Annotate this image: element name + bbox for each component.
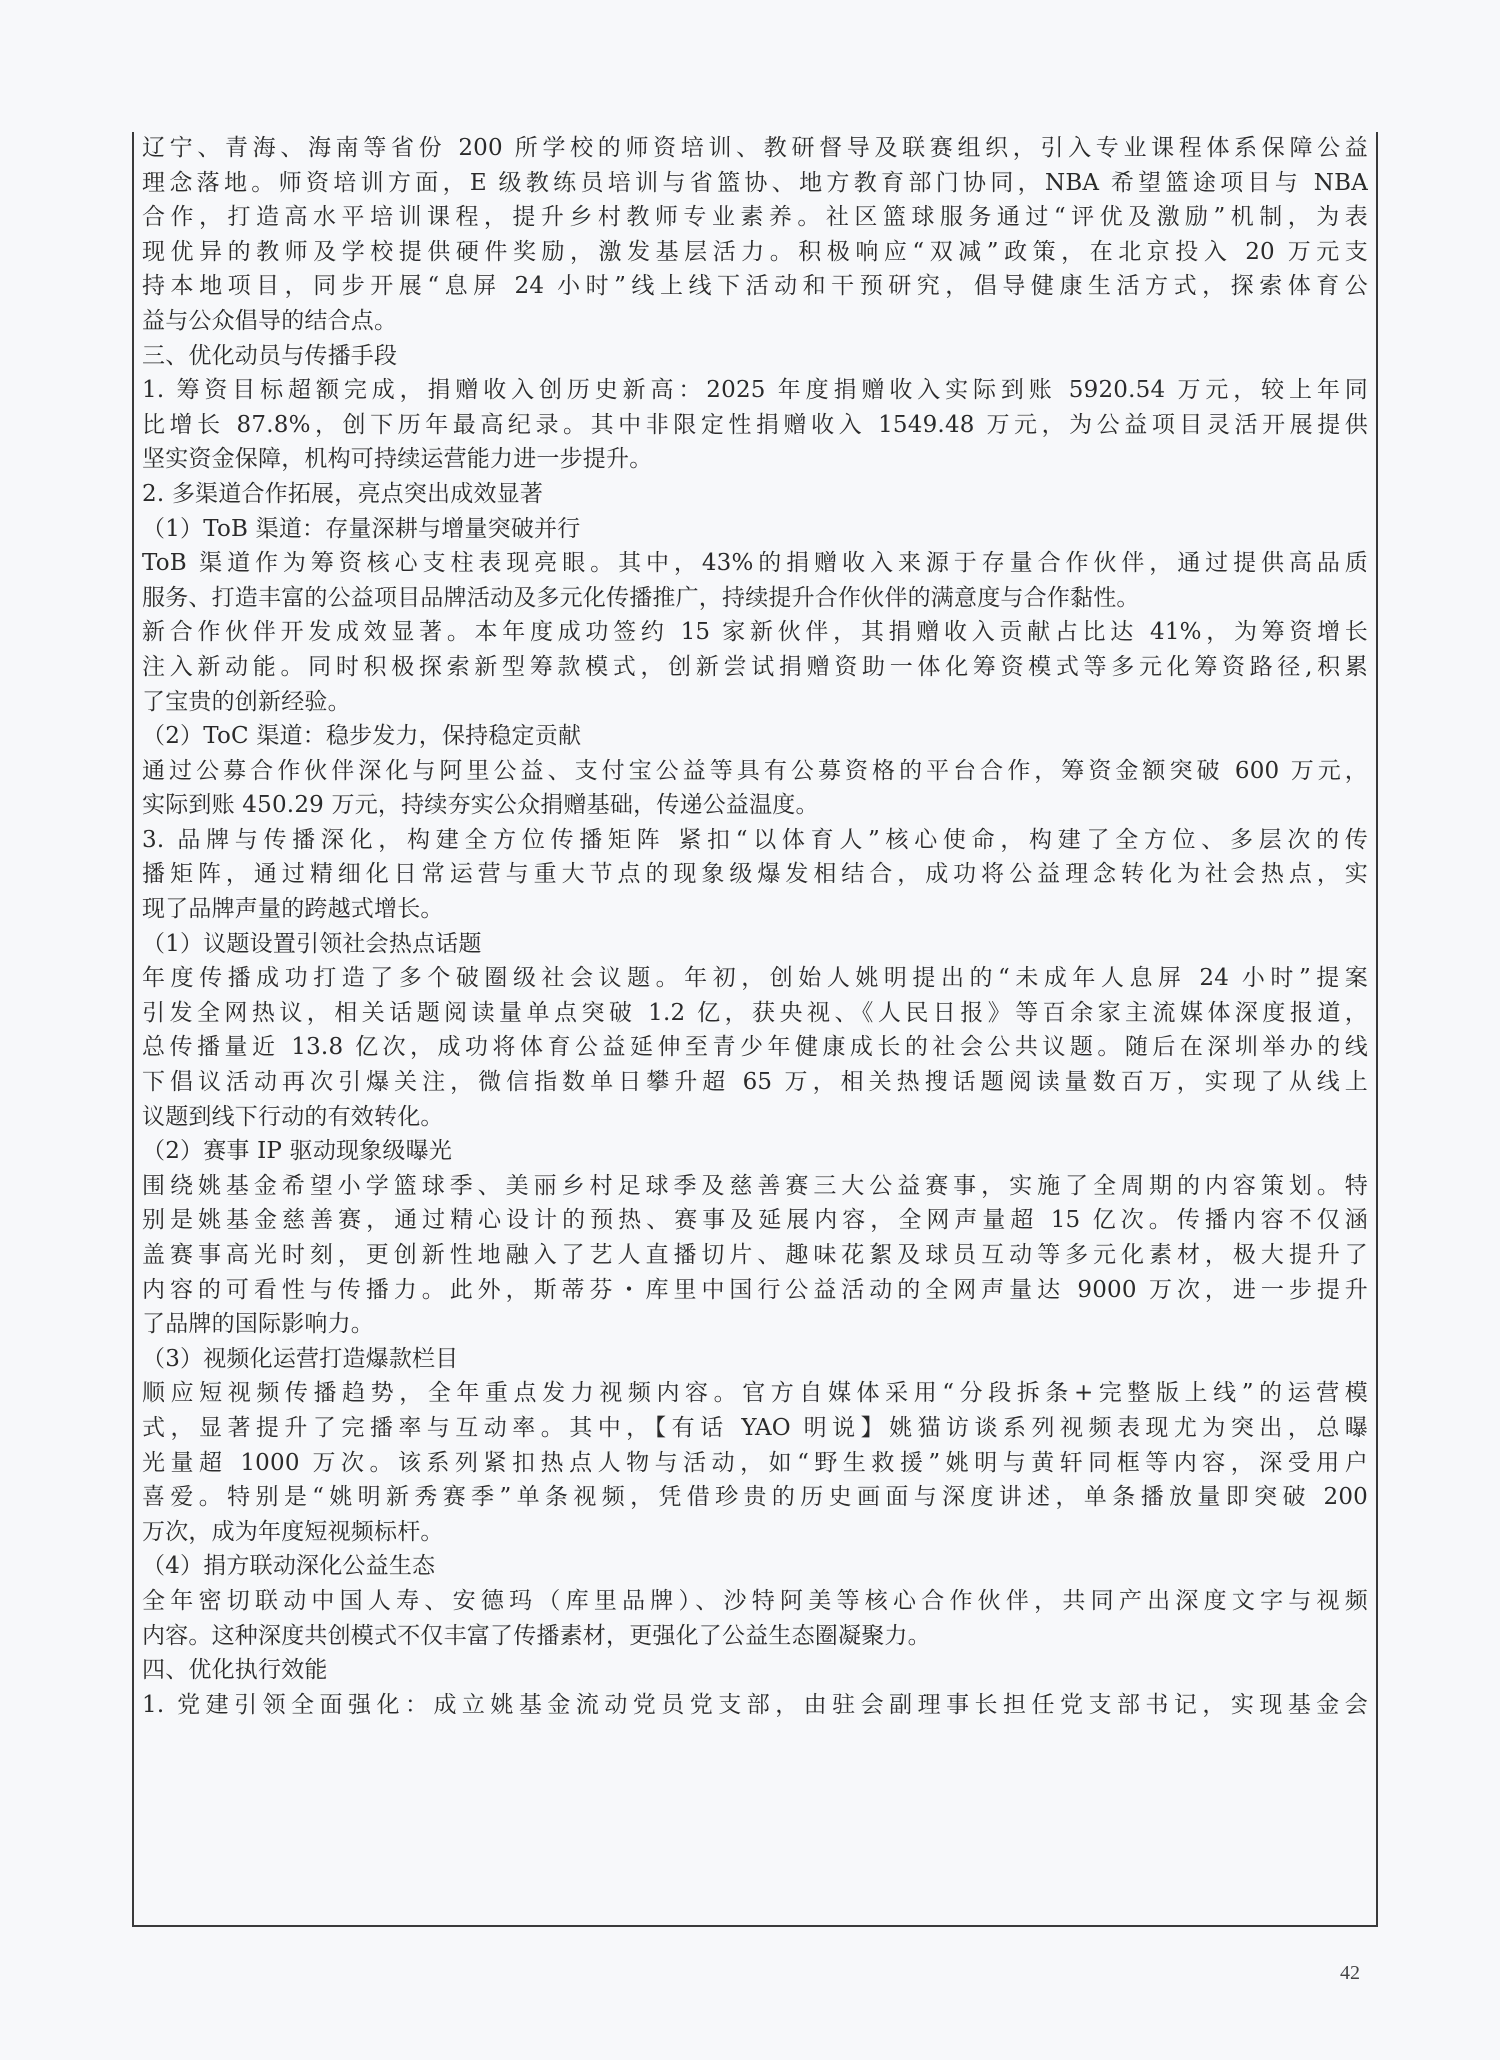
text-line: 了品牌的国际影响力。 (142, 1307, 1368, 1342)
text-line: 内容。这种深度共创模式不仅丰富了传播素材，更强化了公益生态圈凝聚力。 (142, 1619, 1368, 1654)
text-line: （1）议题设置引领社会热点话题 (142, 927, 1368, 962)
text-line: 现了品牌声量的跨越式增长。 (142, 892, 1368, 927)
text-line: 注入新动能。同时积极探索新型筹款模式，创新尝试捐赠资助一体化筹资模式等多元化筹资… (142, 650, 1368, 685)
document-body: 辽宁、青海、海南等省份 200 所学校的师资培训、教研督导及联赛组织，引入专业课… (142, 131, 1368, 1722)
text-line: 别是姚基金慈善赛，通过精心设计的预热、赛事及延展内容，全网声量超 15 亿次。传… (142, 1203, 1368, 1238)
text-line: 总传播量近 13.8 亿次，成功将体育公益延伸至青少年健康成长的社会公共议题。随… (142, 1030, 1368, 1065)
text-line: 坚实资金保障，机构可持续运营能力进一步提升。 (142, 442, 1368, 477)
text-line: 盖赛事高光时刻，更创新性地融入了艺人直播切片、趣味花絮及球员互动等多元化素材，极… (142, 1238, 1368, 1273)
text-line: （3）视频化运营打造爆款栏目 (142, 1342, 1368, 1377)
text-line: 内容的可看性与传播力。此外，斯蒂芬・库里中国行公益活动的全网声量达 9000 万… (142, 1273, 1368, 1308)
text-line: 1. 党建引领全面强化：成立姚基金流动党员党支部，由驻会副理事长担任党支部书记，… (142, 1688, 1368, 1723)
text-line: 持本地项目，同步开展“息屏 24 小时”线上线下活动和干预研究，倡导健康生活方式… (142, 269, 1368, 304)
text-line: （4）捐方联动深化公益生态 (142, 1549, 1368, 1584)
text-line: 四、优化执行效能 (142, 1653, 1368, 1688)
text-line: 新合作伙伴开发成效显著。本年度成功签约 15 家新伙伴，其捐赠收入贡献占比达 4… (142, 615, 1368, 650)
text-line: 服务、打造丰富的公益项目品牌活动及多元化传播推广，持续提升合作伙伴的满意度与合作… (142, 581, 1368, 616)
text-line: 年度传播成功打造了多个破圈级社会议题。年初，创始人姚明提出的“未成年人息屏 24… (142, 961, 1368, 996)
text-line: 式，显著提升了完播率与互动率。其中，【有话 YAO 明说】姚猫访谈系列视频表现尤… (142, 1411, 1368, 1446)
text-line: 下倡议活动再次引爆关注，微信指数单日攀升超 65 万，相关热搜话题阅读量数百万，… (142, 1065, 1368, 1100)
page-number: 42 (1340, 1962, 1360, 1985)
text-line: 现优异的教师及学校提供硬件奖励，激发基层活力。积极响应“双减”政策，在北京投入 … (142, 235, 1368, 270)
text-line: 全年密切联动中国人寿、安德玛（库里品牌）、沙特阿美等核心合作伙伴，共同产出深度文… (142, 1584, 1368, 1619)
text-line: 播矩阵，通过精细化日常运营与重大节点的现象级爆发相结合，成功将公益理念转化为社会… (142, 857, 1368, 892)
text-line: 围绕姚基金希望小学篮球季、美丽乡村足球季及慈善赛三大公益赛事，实施了全周期的内容… (142, 1169, 1368, 1204)
text-line: （2）ToC 渠道：稳步发力，保持稳定贡献 (142, 719, 1368, 754)
text-line: 三、优化动员与传播手段 (142, 339, 1368, 374)
text-line: 3. 品牌与传播深化，构建全方位传播矩阵 紧扣“以体育人”核心使命，构建了全方位… (142, 823, 1368, 858)
text-line: 议题到线下行动的有效转化。 (142, 1100, 1368, 1135)
text-line: 实际到账 450.29 万元，持续夯实公众捐赠基础，传递公益温度。 (142, 788, 1368, 823)
text-line: ToB 渠道作为筹资核心支柱表现亮眼。其中，43%的捐赠收入来源于存量合作伙伴，… (142, 546, 1368, 581)
text-line: （1）ToB 渠道：存量深耕与增量突破并行 (142, 512, 1368, 547)
text-line: （2）赛事 IP 驱动现象级曝光 (142, 1134, 1368, 1169)
text-line: 了宝贵的创新经验。 (142, 685, 1368, 720)
text-line: 顺应短视频传播趋势，全年重点发力视频内容。官方自媒体采用“分段拆条+完整版上线”… (142, 1376, 1368, 1411)
text-line: 辽宁、青海、海南等省份 200 所学校的师资培训、教研督导及联赛组织，引入专业课… (142, 131, 1368, 166)
text-line: 光量超 1000 万次。该系列紧扣热点人物与活动，如“野生救援”姚明与黄轩同框等… (142, 1446, 1368, 1481)
text-line: 合作，打造高水平培训课程，提升乡村教师专业素养。社区篮球服务通过“评优及激励”机… (142, 200, 1368, 235)
text-line: 比增长 87.8%，创下历年最高纪录。其中非限定性捐赠收入 1549.48 万元… (142, 408, 1368, 443)
text-line: 喜爱。特别是“姚明新秀赛季”单条视频，凭借珍贵的历史画面与深度讲述，单条播放量即… (142, 1480, 1368, 1515)
text-line: 万次，成为年度短视频标杆。 (142, 1515, 1368, 1550)
text-line: 1. 筹资目标超额完成，捐赠收入创历史新高：2025 年度捐赠收入实际到账 59… (142, 373, 1368, 408)
text-line: 2. 多渠道合作拓展，亮点突出成效显著 (142, 477, 1368, 512)
text-line: 引发全网热议，相关话题阅读量单点突破 1.2 亿，获央视、《人民日报》等百余家主… (142, 996, 1368, 1031)
text-line: 理念落地。师资培训方面，E 级教练员培训与省篮协、地方教育部门协同，NBA 希望… (142, 166, 1368, 201)
text-line: 益与公众倡导的结合点。 (142, 304, 1368, 339)
text-line: 通过公募合作伙伴深化与阿里公益、支付宝公益等具有公募资格的平台合作，筹资金额突破… (142, 754, 1368, 789)
